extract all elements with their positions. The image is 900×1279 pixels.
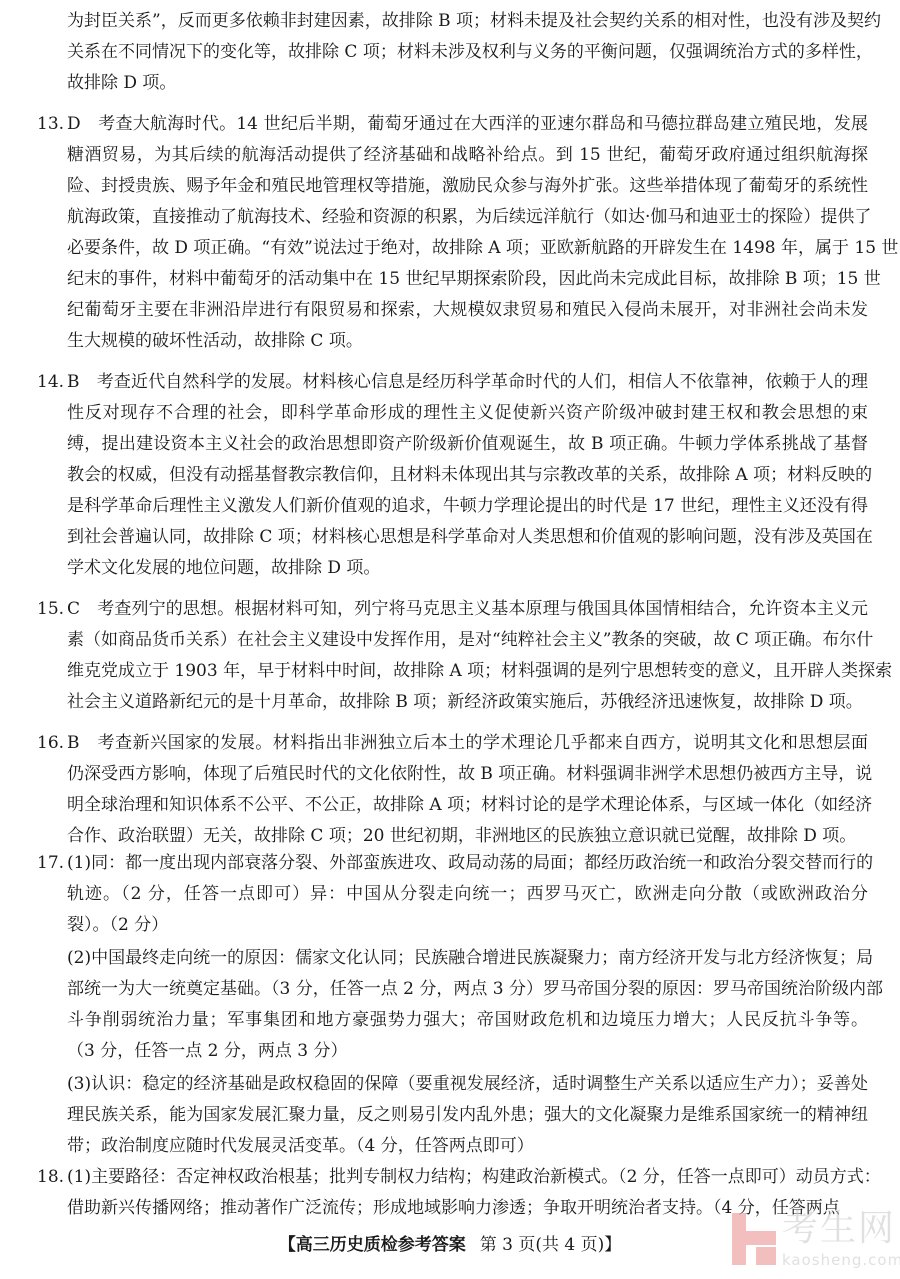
answer-16-line: 16.B 考查新兴国家的发展。材料指出非洲独立后本土的学术理论几乎都来自西方，说…: [37, 732, 868, 754]
answer-number: 15.: [37, 598, 67, 620]
text-line: 素（如商品货币关系）在社会主义建设中发挥作用，是对“纯粹社会主义”教条的突破，故…: [67, 629, 868, 651]
answer-number: 13.: [37, 113, 67, 135]
text-line: 缚，提出建设资本主义社会的政治思想即资产阶级新价值观诞生，故 B 项正确。牛顿力…: [67, 433, 868, 455]
text-line: 必要条件，故 D 项正确。“有效”说法过于绝对，故排除 A 项；亚欧新航路的开辟…: [67, 237, 868, 259]
text-line: 学术文化发展的地位问题，故排除 D 项。: [67, 557, 868, 579]
text-line: 为封臣关系”，反而更多依赖非封建因素，故排除 B 项；材料未提及社会契约关系的相…: [67, 10, 868, 32]
text-line: 航海政策，直接推动了航海技术、经验和资源的积累，为后续远洋航行（如达·伽马和迪亚…: [67, 206, 868, 228]
answer-number: 17.: [37, 852, 67, 874]
text-line: 是科学革命后理性主义激发人们新价值观的追求，牛顿力学理论提出的时代是 17 世纪…: [67, 495, 868, 517]
answer-14-line: 14.B 考查近代自然科学的发展。材料核心信息是经历科学革命时代的人们，相信人不…: [37, 371, 868, 393]
watermark-en-text: kaosheng.com: [782, 1251, 900, 1269]
text-line: 到社会普遍认同，故排除 C 项；材料核心思想是科学革命对人类思想和价值观的影响问…: [67, 526, 868, 548]
answer-15-line: 15.C 考查列宁的思想。根据材料可知，列宁将马克思主义基本原理与俄国具体国情相…: [37, 598, 868, 620]
answer-18-line: 18.(1)主要路径：否定神权政治根基；批判专制权力结构；构建政治新模式。（2 …: [37, 1166, 868, 1188]
text-line: 明全球治理和知识体系不公平、不公正，故排除 A 项；材料讨论的是学术理论体系，与…: [67, 794, 868, 816]
text-line: 生大规模的破坏性活动，故排除 C 项。: [67, 330, 868, 352]
answer-number: 14.: [37, 371, 67, 393]
answer-number: 18.: [37, 1166, 67, 1188]
text-line: 带；政治制度应随时代发展灵活变革。（4 分，任答两点即可）: [67, 1135, 868, 1157]
text-line: (3)认识：稳定的经济基础是政权稳固的保障（要重视发展经济，适时调整生产关系以适…: [67, 1073, 868, 1095]
text-line: 理民族关系，能为国家发展汇聚力量，反之则易引发内乱外患；强大的文化凝聚力是维系国…: [67, 1104, 868, 1126]
text-line: 教会的权威，但没有动摇基督教宗教信仰，且材料未体现出其与宗教改革的关系，故排除 …: [67, 464, 868, 486]
text-line: 斗争削弱统治力量；军事集团和地方豪强势力强大；帝国财政危机和边境压力增大；人民反…: [67, 1009, 868, 1031]
answer-number: 16.: [37, 732, 67, 754]
text-line: 维克党成立于 1903 年，早于材料中时间，故排除 A 项；材料强调的是列宁思想…: [67, 660, 868, 682]
text-line: 轨迹。（2 分，任答一点即可）异：中国从分裂走向统一；西罗马灭亡，欧洲走向分散（…: [67, 883, 868, 905]
answer-17-line: 17.(1)同：都一度出现内部衰落分裂、外部蛮族进攻、政局动荡的局面；都经历政治…: [37, 852, 868, 874]
text-line: 关系在不同情况下的变化等，故排除 C 项；材料未涉及权利与义务的平衡问题，仅强调…: [67, 41, 868, 63]
watermark-cn-text: 考生网: [782, 1209, 896, 1249]
text-line: 部统一为大一统奠定基础。（3 分，任答一点 2 分，两点 3 分）罗马帝国分裂的…: [67, 978, 868, 1000]
text-line: 仍深受西方影响，体现了后殖民时代的文化依附性，故 B 项正确。材料强调非洲学术思…: [67, 763, 868, 785]
text-line: 险、封授贵族、赐予年金和殖民地管理权等措施，激励民众参与海外扩张。这些举措体现了…: [67, 175, 868, 197]
text-line: 性反对现存不合理的社会，即科学革命形成的理性主义促使新兴资产阶级冲破封建王权和教…: [67, 402, 868, 424]
watermark: 考生网 kaosheng.com: [732, 1207, 900, 1273]
kaosheng-logo-icon: [732, 1213, 776, 1265]
text-line: 纪葡萄牙主要在非洲沿岸进行有限贸易和探索，大规模奴隶贸易和殖民入侵尚未展开，对非…: [67, 299, 868, 321]
footer-page-number: 第 3 页(共 4 页)】: [480, 1235, 622, 1255]
footer-title: 【高三历史质检参考答案: [279, 1235, 466, 1255]
answer-key-page: 为封臣关系”，反而更多依赖非封建因素，故排除 B 项；材料未提及社会契约关系的相…: [0, 0, 900, 1279]
text-line: 裂）。（2 分）: [67, 914, 868, 936]
text-line: 合作、政治联盟）无关，故排除 C 项；20 世纪初期，非洲地区的民族独立意识就已…: [67, 825, 868, 847]
text-line: 糖酒贸易，为其后续的航海活动提供了经济基础和战略补给点。到 15 世纪，葡萄牙政…: [67, 144, 868, 166]
text-line: 纪末的事件，材料中葡萄牙的活动集中在 15 世纪早期探索阶段，因此尚未完成此目标…: [67, 268, 868, 290]
text-line: (2)中国最终走向统一的原因：儒家文化认同；民族融合增进民族凝聚力；南方经济开发…: [67, 947, 868, 969]
text-line: （3 分，任答一点 2 分，两点 3 分）: [67, 1040, 868, 1062]
text-line: 社会主义道路新纪元的是十月革命，故排除 B 项；新经济政策实施后，苏俄经济迅速恢…: [67, 691, 868, 713]
text-line: 故排除 D 项。: [67, 72, 868, 94]
answer-13-line: 13.D 考查大航海时代。14 世纪后半期，葡萄牙通过在大西洋的亚速尔群岛和马德…: [37, 113, 868, 135]
